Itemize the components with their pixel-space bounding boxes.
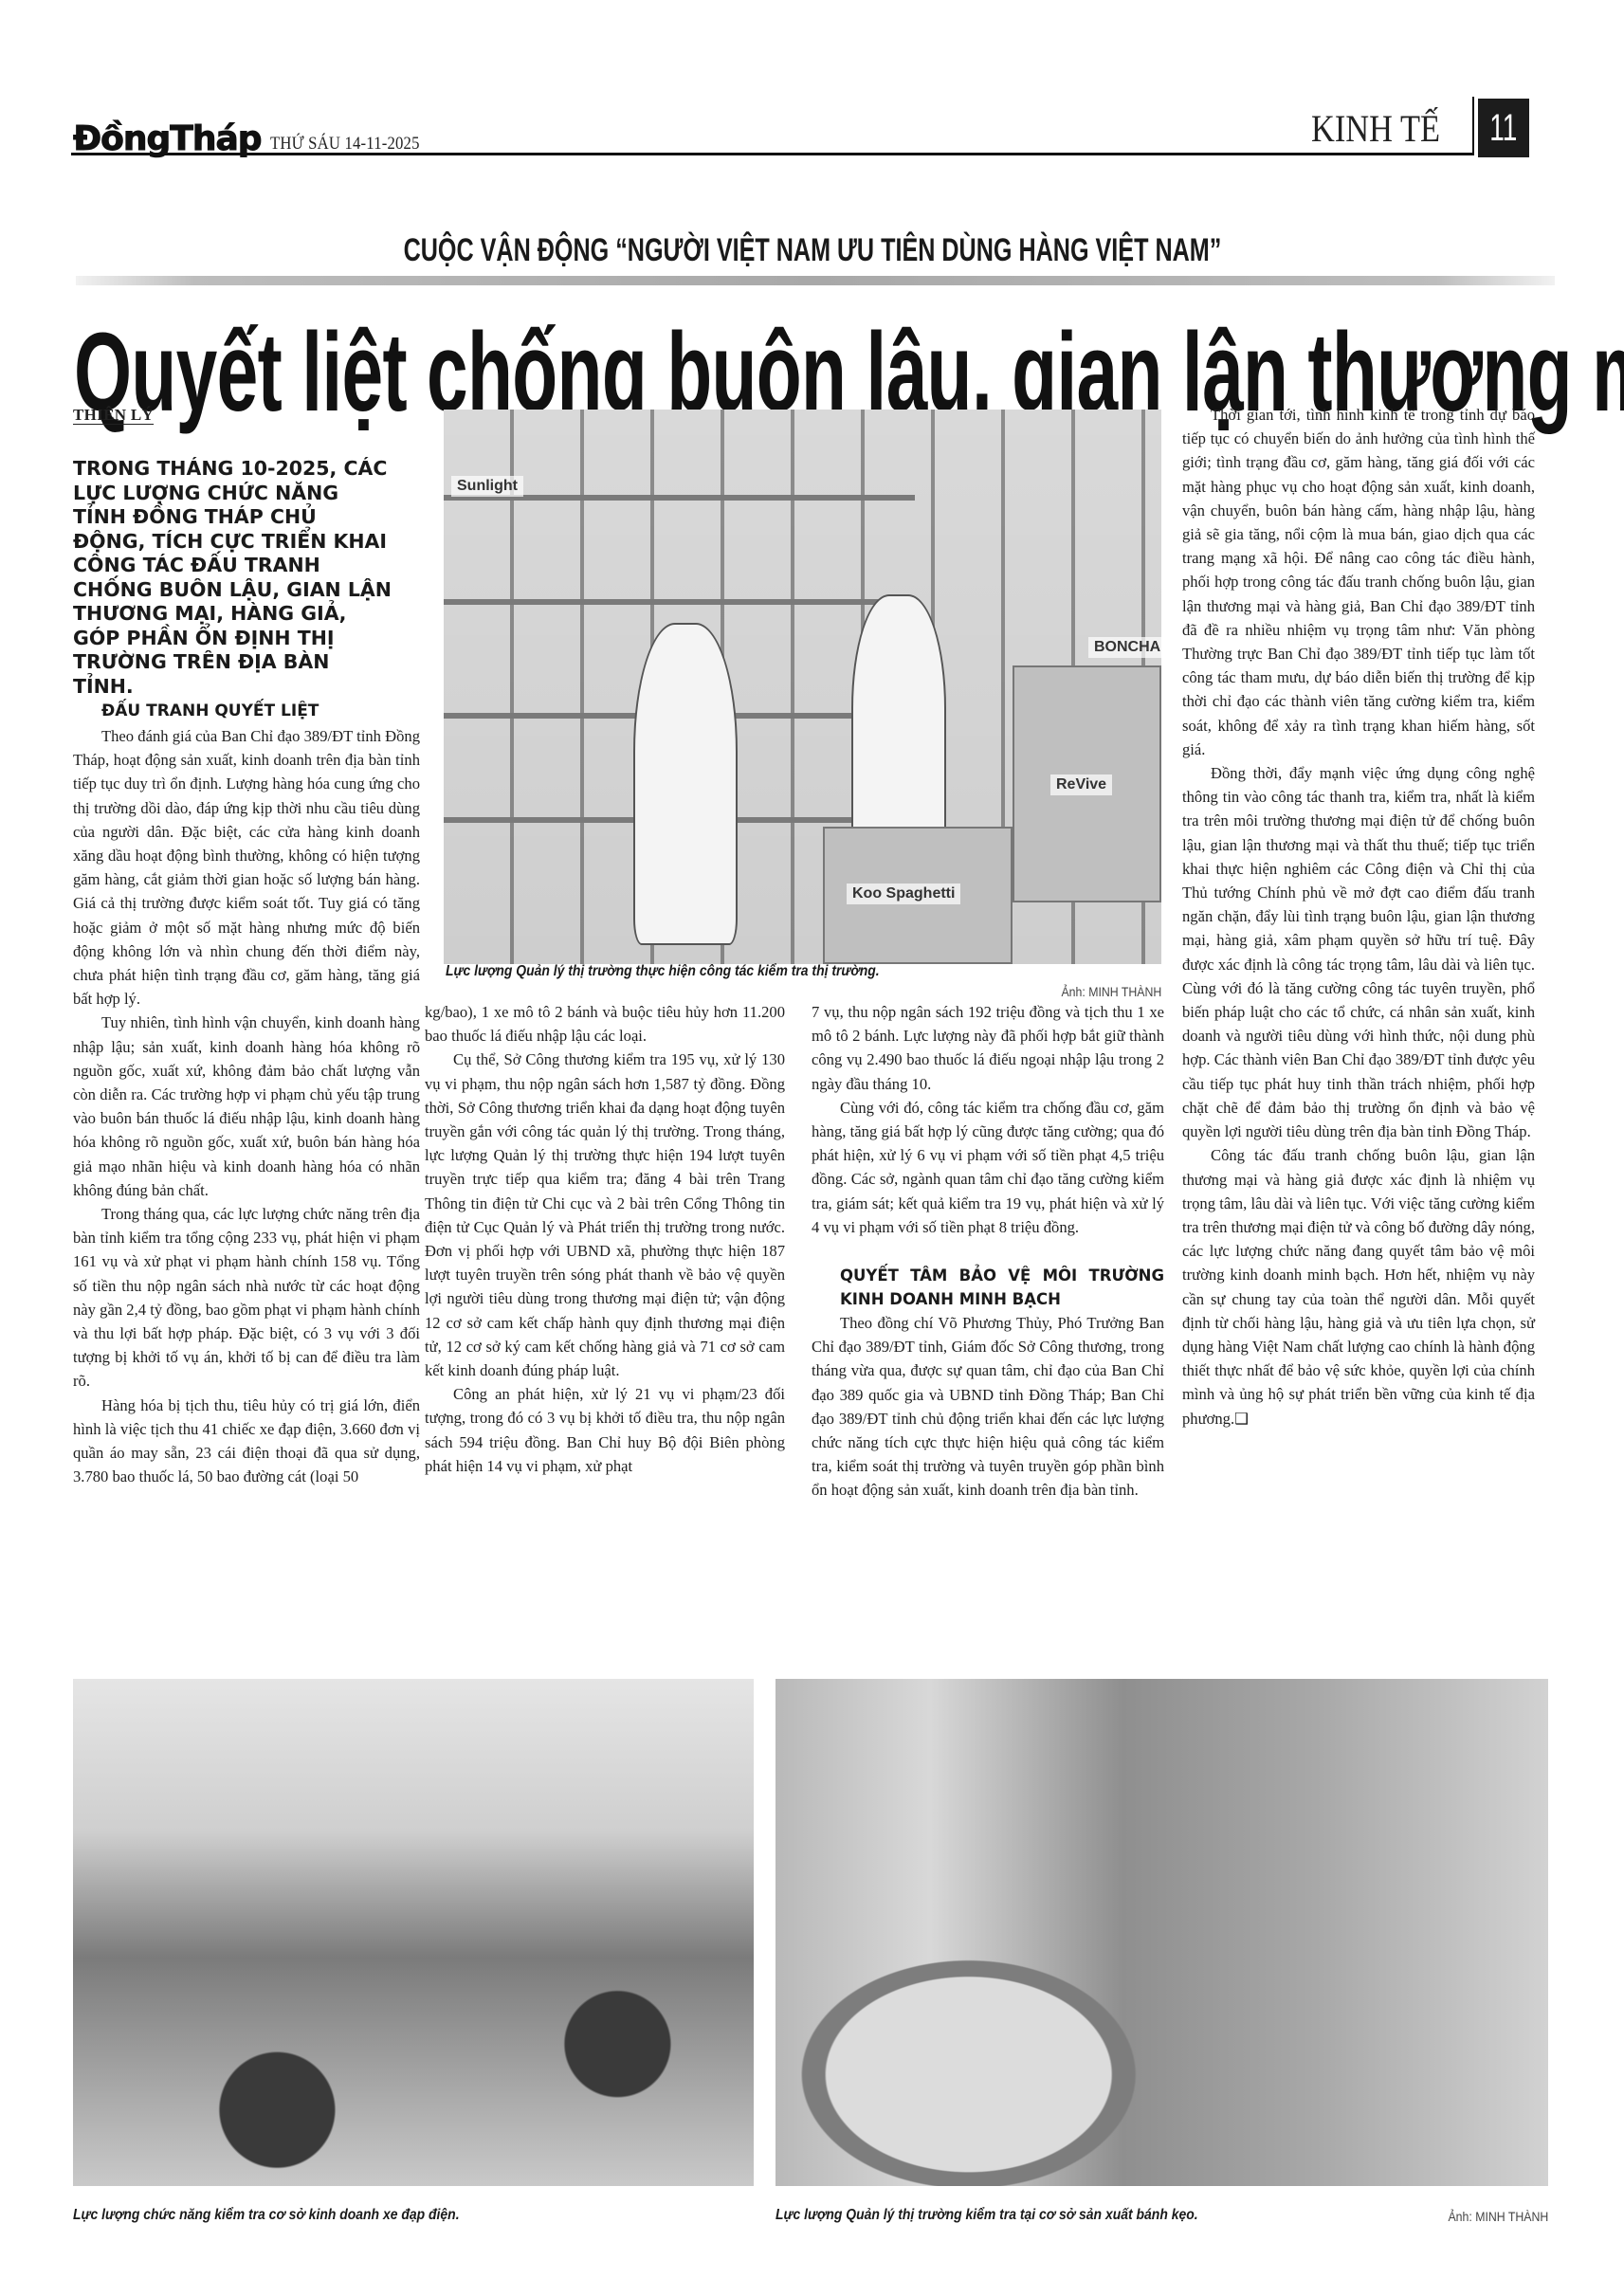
paragraph: Đồng thời, đẩy mạnh việc ứng dụng công n… bbox=[1182, 761, 1535, 1143]
header-vertical-divider bbox=[1472, 97, 1474, 155]
column-1: ĐẤU TRANH QUYẾT LIỆT Theo đánh giá của B… bbox=[73, 700, 420, 1489]
photo-sign: Koo Spaghetti bbox=[847, 884, 960, 904]
kicker-gradient-bar bbox=[76, 276, 1555, 285]
paragraph: Thời gian tới, tình hình kinh tế trong t… bbox=[1182, 403, 1535, 761]
paragraph: Theo đồng chí Võ Phương Thủy, Phó Trưởng… bbox=[812, 1311, 1164, 1503]
photo-credit-main: Ảnh: MINH THÀNH bbox=[1033, 984, 1161, 999]
photo-sign: Sunlight bbox=[451, 476, 523, 497]
header-divider bbox=[71, 153, 1474, 155]
page-number-badge: 11 bbox=[1478, 99, 1529, 157]
paragraph: Trong tháng qua, các lực lượng chức năng… bbox=[73, 1202, 420, 1394]
article-kicker: CUỘC VẬN ĐỘNG “NGƯỜI VIỆT NAM ƯU TIÊN DÙ… bbox=[0, 231, 1624, 269]
column-3: 7 vụ, thu nộp ngân sách 192 triệu đồng v… bbox=[812, 1000, 1164, 1503]
issue-date: THỨ SÁU 14-11-2025 bbox=[270, 134, 420, 155]
paragraph: Cùng với đó, công tác kiểm tra chống đầu… bbox=[812, 1096, 1164, 1239]
photo-credit-factory: Ảnh: MINH THÀNH bbox=[1413, 2209, 1548, 2224]
paragraph: Theo đánh giá của Ban Chỉ đạo 389/ĐT tỉn… bbox=[73, 724, 420, 1011]
byline: THIÊN LÝ bbox=[73, 406, 154, 425]
paragraph: kg/bao), 1 xe mô tô 2 bánh và buộc tiêu … bbox=[425, 1000, 785, 1048]
photo-electric-bikes bbox=[73, 1679, 754, 2186]
paragraph: Hàng hóa bị tịch thu, tiêu hủy có trị gi… bbox=[73, 1394, 420, 1489]
subhead-1: ĐẤU TRANH QUYẾT LIỆT bbox=[73, 700, 420, 722]
column-2: kg/bao), 1 xe mô tô 2 bánh và buộc tiêu … bbox=[425, 1000, 785, 1478]
inspector-figure bbox=[633, 623, 738, 945]
photo-caption-main: Lực lượng Quản lý thị trường thực hiện c… bbox=[446, 963, 928, 980]
photo-market-inspection: Sunlight BONCHA ReVive Koo Spaghetti bbox=[444, 410, 1161, 964]
paragraph: Công an phát hiện, xử lý 21 vụ vi phạm/2… bbox=[425, 1382, 785, 1478]
column-4: Thời gian tới, tình hình kinh tế trong t… bbox=[1182, 403, 1535, 1430]
paragraph: Tuy nhiên, tình hình vận chuyển, kinh do… bbox=[73, 1011, 420, 1202]
shelf-decor bbox=[444, 599, 915, 605]
subhead-2: QUYẾT TÂM BẢO VỆ MÔI TRƯỜNG KINH DOANH M… bbox=[812, 1264, 1164, 1311]
photo-caption-bikes: Lực lượng chức năng kiểm tra cơ sở kinh … bbox=[73, 2207, 502, 2224]
photo-sign: BONCHA bbox=[1088, 637, 1161, 658]
photo-sign: ReVive bbox=[1050, 774, 1112, 795]
paragraph: 7 vụ, thu nộp ngân sách 192 triệu đồng v… bbox=[812, 1000, 1164, 1096]
paragraph: Cụ thể, Sở Công thương kiểm tra 195 vụ, … bbox=[425, 1048, 785, 1382]
paragraph: Công tác đấu tranh chống buôn lậu, gian … bbox=[1182, 1143, 1535, 1430]
section-name: KINH TẾ bbox=[1311, 108, 1440, 150]
photo-caption-factory: Lực lượng Quản lý thị trường kiểm tra tạ… bbox=[776, 2207, 1245, 2224]
photo-candy-factory bbox=[776, 1679, 1548, 2186]
article-lead: TRONG THÁNG 10-2025, CÁC LỰC LƯỢNG CHỨC … bbox=[73, 457, 395, 699]
